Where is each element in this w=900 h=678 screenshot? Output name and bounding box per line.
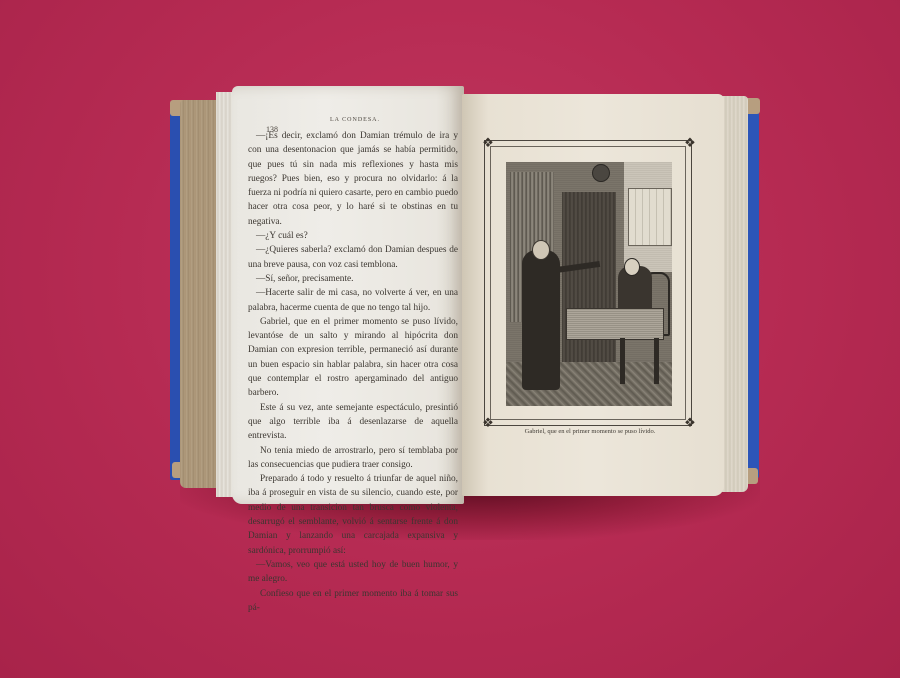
paragraph: —¡Es decir, exclamó don Damian trémulo d… (248, 129, 458, 229)
wall-map (628, 188, 672, 246)
paragraph: Confieso que en el primer momento iba á … (248, 587, 458, 616)
corner-ornament-icon: ❖ (481, 136, 495, 150)
desk-leg (620, 338, 625, 384)
corner-ornament-icon: ❖ (683, 136, 697, 150)
corner-ornament-icon: ❖ (683, 416, 697, 430)
corner-ornament-icon: ❖ (481, 416, 495, 430)
standing-man-head (532, 240, 550, 260)
paragraph: Gabriel, que en el primer momento se pus… (248, 315, 458, 401)
illustration-caption: Gabriel, que en el primer momento se pus… (500, 428, 680, 435)
running-head: LA CONDESA. (330, 117, 380, 123)
seated-man-head (624, 258, 640, 276)
paragraph: Preparado á todo y resuelto á triunfar d… (248, 472, 458, 558)
paragraph: —Hacerte salir de mi casa, no volverte á… (248, 286, 458, 315)
paragraph: —¿Quieres saberla? exclamó don Damian de… (248, 243, 458, 272)
page-stack-right (720, 96, 748, 492)
paragraph: No tenia miedo de arrostrarlo, pero sí t… (248, 444, 458, 473)
paragraph: —Vamos, veo que está usted hoy de buen h… (248, 558, 458, 587)
globe (592, 164, 610, 182)
cabinet (562, 192, 616, 367)
standing-man (522, 250, 560, 390)
desk (566, 308, 664, 340)
paragraph: —Sí, señor, precisamente. (248, 272, 458, 286)
paragraph: —¿Y cuál es? (248, 229, 458, 243)
desk-leg (654, 338, 659, 384)
paragraph: Este á su vez, ante semejante espectácul… (248, 401, 458, 444)
left-page-text: —¡Es decir, exclamó don Damian trémulo d… (248, 129, 458, 615)
engraving-illustration (506, 162, 672, 406)
